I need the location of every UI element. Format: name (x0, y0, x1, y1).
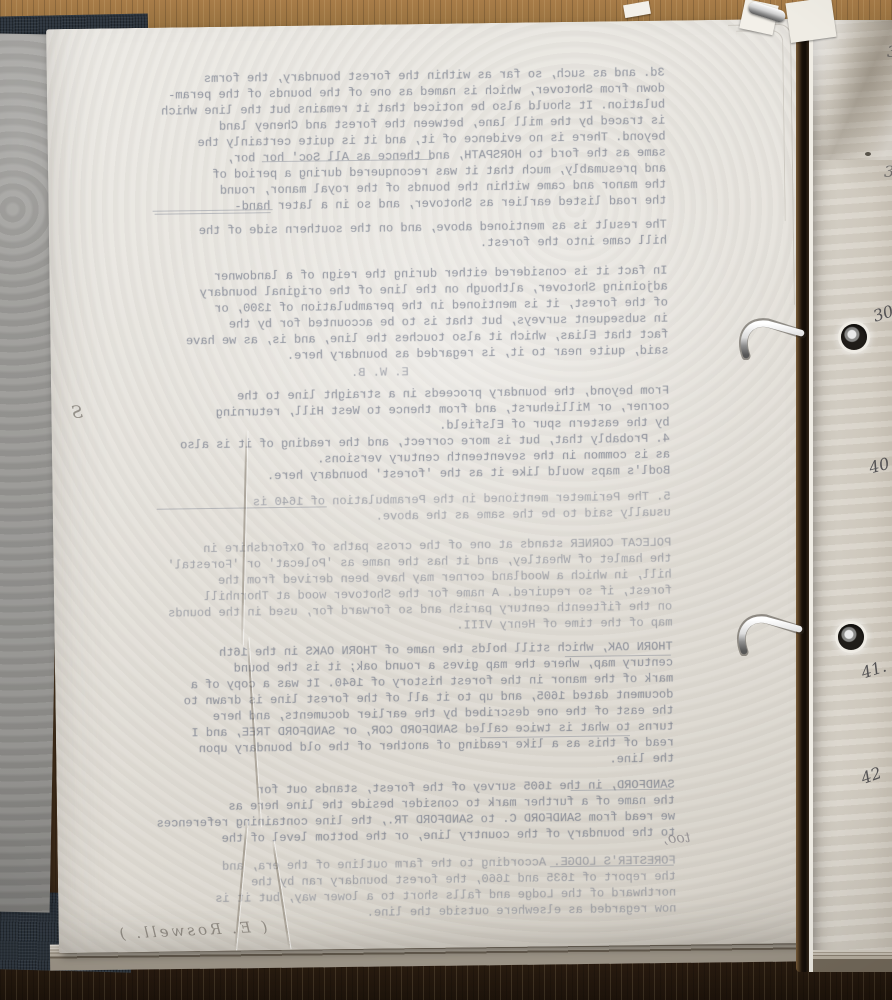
nested-page-corner-outline (736, 30, 786, 222)
partial-page-number: 3 (887, 42, 892, 61)
binder-ring-bottom (734, 610, 804, 656)
partial-page-number: 3 (884, 162, 892, 181)
punch-hole-bottom (838, 624, 864, 650)
torn-paper-scrap (785, 0, 836, 43)
crumpled-page-top (813, 20, 892, 160)
showthrough-paragraph-6: THORN OAK, which still holds the name of… (95, 639, 675, 775)
showthrough-paragraph-1: 3d. and as such, so far as within the fo… (87, 65, 667, 217)
showthrough-paragraph-2: In fact it is considered either during t… (89, 263, 668, 367)
binder-ring-top (736, 314, 806, 360)
torn-paper-scrap (623, 1, 651, 18)
showthrough-paragraph-8: FORESTER'S LODGE. According to the farm … (98, 853, 677, 925)
page-number-41: 41. (859, 657, 889, 683)
inline-pencil-note: too, (663, 830, 691, 847)
photo-of-ring-binder-document: 3d. and as such, so far as within the fo… (0, 0, 892, 1000)
typed-page-verso: 3d. and as such, so far as within the fo… (46, 19, 811, 953)
punch-hole-top (841, 324, 867, 350)
right-stack-bottom-edges (813, 950, 892, 972)
showthrough-paragraph-3: From beyond, the boundary proceeds in a … (91, 383, 670, 487)
showthrough-paragraph-5: POLECAT CORNER stands at one of the cros… (93, 535, 672, 639)
page-number-42: 42 (858, 763, 884, 788)
page-number-40: 40 (867, 454, 892, 478)
page-number-30: 30 (871, 301, 892, 325)
showthrough-paragraph-1-tail: The result is as mentioned above, and on… (89, 217, 667, 257)
right-page-stack: 30 40 41. 42 3 3 (809, 20, 892, 972)
margin-pencil-mark: S (71, 403, 84, 424)
ink-speck (865, 152, 871, 156)
showthrough-paragraph-7: SANDFORD, in the 1605 survey of the fore… (97, 777, 676, 849)
